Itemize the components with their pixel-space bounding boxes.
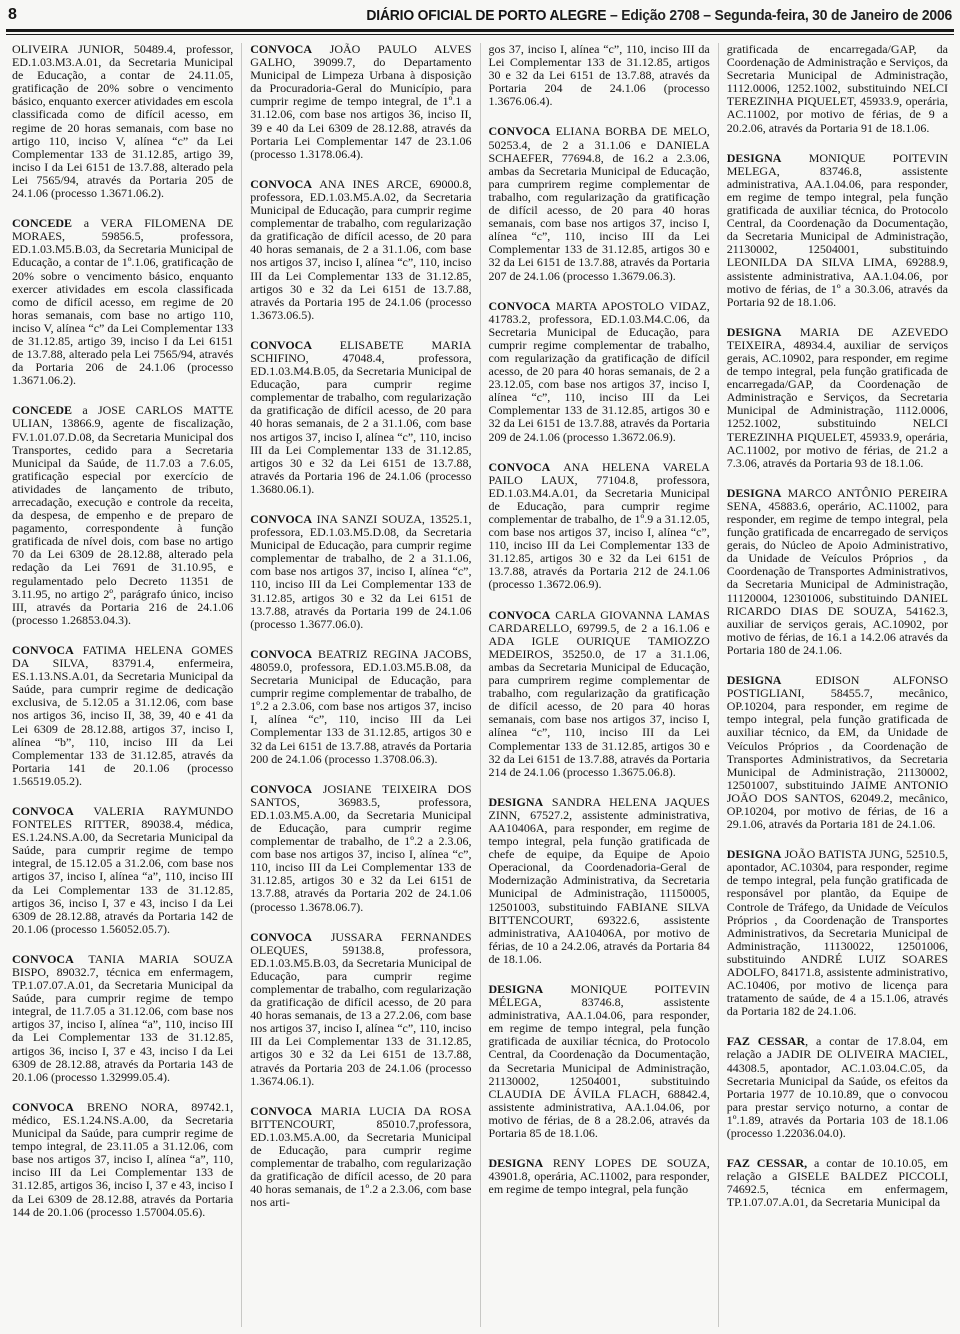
edition-info: – Edição 2708 – Segunda-feira, 30 de Jan… xyxy=(606,8,952,24)
gazette-entry: DESIGNA EDISON ALFONSO POSTIGLIANI, 5845… xyxy=(727,674,948,831)
entry-action-label: CONVOCA xyxy=(250,338,312,352)
entry-action-label: DESIGNA xyxy=(727,486,782,500)
gazette-entry: CONVOCA BEATRIZ REGINA JACOBS, 48059.0, … xyxy=(250,648,471,766)
gazette-entry: CONVOCA VALERIA RAYMUNDO FONTELES RITTER… xyxy=(12,805,233,936)
entry-action-label: CONCEDE xyxy=(12,216,72,230)
text-column-2: CONVOCA JOÃO PAULO ALVES GALHO, 39099.7,… xyxy=(242,43,480,1327)
gazette-entry: DESIGNA JOÃO BATISTA JUNG, 52510.5, apon… xyxy=(727,848,948,1018)
gazette-entry: CONCEDE a JOSE CARLOS MATTE ULIAN, 13866… xyxy=(12,404,233,627)
text-column-1: OLIVEIRA JUNIOR, 50489.4, professor, ED.… xyxy=(4,43,242,1327)
gazette-entry-continuation: OLIVEIRA JUNIOR, 50489.4, professor, ED.… xyxy=(12,43,233,200)
entry-action-label: CONVOCA xyxy=(250,43,312,56)
entry-action-label: CONVOCA xyxy=(250,930,312,944)
gazette-entry: CONVOCA JOSIANE TEIXEIRA DOS SANTOS, 369… xyxy=(250,783,471,914)
entry-action-label: CONVOCA xyxy=(12,804,74,818)
masthead-title: DIÁRIO OFICIAL DE PORTO ALEGRE – Edição … xyxy=(366,8,952,24)
masthead-rule-thick xyxy=(6,29,954,32)
gazette-entry: CONVOCA FATIMA HELENA GOMES DA SILVA, 83… xyxy=(12,644,233,788)
gazette-entry: DESIGNA MONIQUE POITEVIN MÉLEGA, 83746.8… xyxy=(489,983,710,1140)
entry-action-label: DESIGNA xyxy=(489,795,544,809)
masthead: 8 DIÁRIO OFICIAL DE PORTO ALEGRE – Ediçã… xyxy=(0,0,960,28)
gazette-entry: CONVOCA MARTA APOSTOLO VIDAZ, 41783.2, p… xyxy=(489,300,710,444)
gazette-entry: DESIGNA RENY LOPES DE SOUZA, 43901.8, op… xyxy=(489,1157,710,1196)
gazette-entry: CONVOCA CARLA GIOVANNA LAMAS CARDARELLO,… xyxy=(489,609,710,779)
gazette-entry: CONVOCA TANIA MARIA SOUZA BISPO, 89032.7… xyxy=(12,953,233,1084)
gazette-body: OLIVEIRA JUNIOR, 50489.4, professor, ED.… xyxy=(0,35,960,1327)
entry-action-label: CONVOCA xyxy=(12,643,74,657)
gazette-entry: CONVOCA ANA INES ARCE, 69000.8, professo… xyxy=(250,178,471,322)
gazette-page: 8 DIÁRIO OFICIAL DE PORTO ALEGRE – Ediçã… xyxy=(0,0,960,1334)
entry-action-label: DESIGNA xyxy=(489,982,544,996)
entry-action-label: CONVOCA xyxy=(250,647,312,661)
gazette-entry: DESIGNA MARIA DE AZEVEDO TEIXEIRA, 48934… xyxy=(727,326,948,470)
gazette-entry: DESIGNA SANDRA HELENA JAQUES ZINN, 67527… xyxy=(489,796,710,966)
gazette-entry: CONVOCA JUSSARA FERNANDES OLEQUES, 59138… xyxy=(250,931,471,1088)
gazette-entry: CONVOCA INA SANZI SOUZA, 13525.1, profes… xyxy=(250,513,471,631)
entry-action-label: CONVOCA xyxy=(250,782,312,796)
gazette-entry: DESIGNA MONIQUE POITEVIN MELEGA, 83746.8… xyxy=(727,152,948,309)
gazette-entry: CONVOCA ANA HELENA VARELA PAILO LAUX, 77… xyxy=(489,461,710,592)
gazette-entry: CONVOCA BRENO NORA, 89742.1, médico, ES.… xyxy=(12,1101,233,1219)
entry-action-label: CONVOCA xyxy=(250,177,312,191)
gazette-entry-continuation: gos 37, inciso I, alínea “c”, 110, incis… xyxy=(489,43,710,108)
gazette-entry: DESIGNA MARCO ANTÔNIO PEREIRA SENA, 4588… xyxy=(727,487,948,657)
text-column-4: gratificada de encarregada/GAP, da Coord… xyxy=(719,43,956,1327)
entry-action-label: DESIGNA xyxy=(489,1156,544,1170)
entry-action-label: CONVOCA xyxy=(489,608,551,622)
gazette-entry: CONVOCA ELISABETE MARIA SCHIFINO, 47048.… xyxy=(250,339,471,496)
entry-action-label: CONVOCA xyxy=(489,124,551,138)
entry-action-label: CONVOCA xyxy=(12,1100,74,1114)
page-number: 8 xyxy=(8,6,17,24)
gazette-entry: CONVOCA MARIA LUCIA DA ROSA BITTENCOURT,… xyxy=(250,1105,471,1210)
gazette-entry: FAZ CESSAR, a contar de 17.8.04, em rela… xyxy=(727,1035,948,1140)
entry-action-label: CONCEDE xyxy=(12,403,72,417)
entry-action-label: CONVOCA xyxy=(12,952,74,966)
gazette-entry-continuation: gratificada de encarregada/GAP, da Coord… xyxy=(727,43,948,135)
text-column-3: gos 37, inciso I, alínea “c”, 110, incis… xyxy=(481,43,719,1327)
entry-action-label: CONVOCA xyxy=(489,299,551,313)
entry-action-label: CONVOCA xyxy=(250,1104,312,1118)
entry-action-label: DESIGNA xyxy=(727,673,782,687)
entry-action-label: FAZ CESSAR, xyxy=(727,1156,807,1170)
entry-action-label: CONVOCA xyxy=(250,512,312,526)
entry-action-label: FAZ CESSAR xyxy=(727,1034,805,1048)
gazette-entry: CONVOCA JOÃO PAULO ALVES GALHO, 39099.7,… xyxy=(250,43,471,161)
journal-name: DIÁRIO OFICIAL DE PORTO ALEGRE xyxy=(366,8,606,24)
entry-action-label: DESIGNA xyxy=(727,325,782,339)
gazette-entry: CONVOCA ELIANA BORBA DE MELO, 50253.4, d… xyxy=(489,125,710,282)
entry-action-label: DESIGNA xyxy=(727,151,782,165)
gazette-entry: CONCEDE a VERA FILOMENA DE MORAES, 59856… xyxy=(12,217,233,387)
entry-action-label: CONVOCA xyxy=(489,460,551,474)
entry-action-label: DESIGNA xyxy=(727,847,782,861)
gazette-entry: FAZ CESSAR, a contar de 10.10.05, em rel… xyxy=(727,1157,948,1209)
